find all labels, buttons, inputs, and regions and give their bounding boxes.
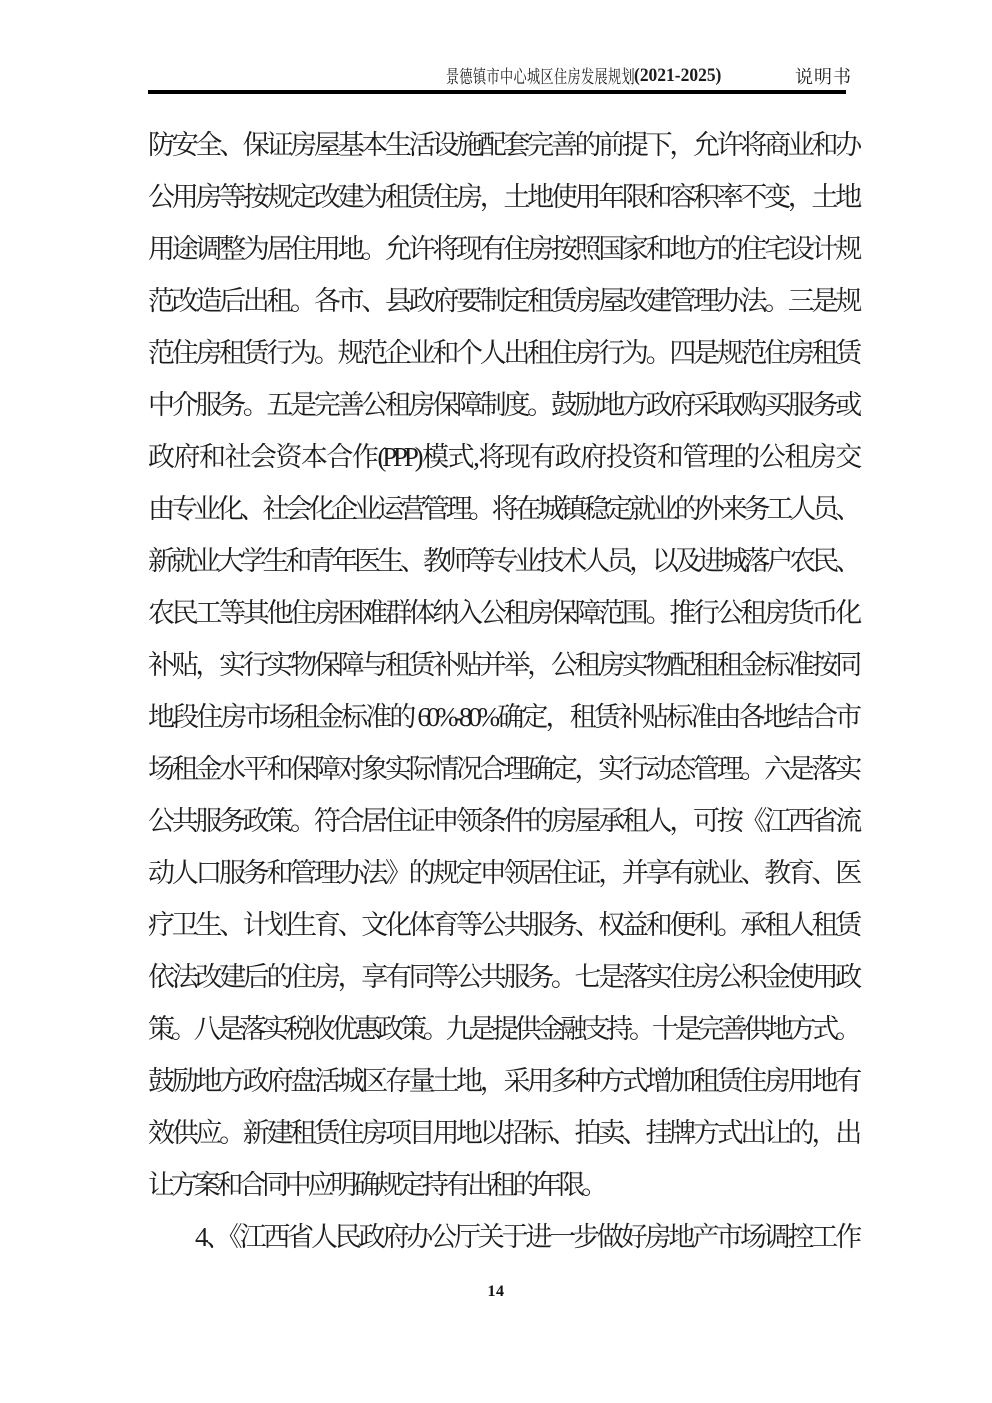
text-line: 动人口服务和管理办法》的规定申领居住证，并享有就业、教育、医 xyxy=(148,847,858,899)
text-line: 4、《江西省人民政府办公厅关于进一步做好房地产市场调控工作 xyxy=(148,1211,858,1263)
text-line: 用途调整为居住用地。允许将现有住房按照国家和地方的住宅设计规 xyxy=(148,223,858,275)
text-line: 策。八是落实税收优惠政策。九是提供金融支持。十是完善供地方式。 xyxy=(148,1003,858,1055)
text-line: 农民工等其他住房困难群体纳入公租房保障范围。推行公租房货币化 xyxy=(148,587,858,639)
header-doc-type: 说明书 xyxy=(795,66,852,88)
header-title: 景德镇市中心城区住房发展规划 xyxy=(446,66,635,88)
document-page: 景德镇市中心城区住房发展规划 (2021-2025) 说明书 防安全、保证房屋基… xyxy=(0,0,992,1403)
text-line: 效供应。新建租赁住房项目用地以招标、拍卖、挂牌方式出让的，出 xyxy=(148,1107,858,1159)
text-line: 地段住房市场租金标准的 60%-80%确定，租赁补贴标准由各地结合市 xyxy=(148,691,858,743)
text-line: 防安全、保证房屋基本生活设施配套完善的前提下，允许将商业和办 xyxy=(148,119,858,171)
text-line: 由专业化、社会化企业运营管理。将在城镇稳定就业的外来务工人员、 xyxy=(148,483,858,535)
text-line: 中介服务。五是完善公租房保障制度。鼓励地方政府采取购买服务或 xyxy=(148,379,858,431)
text-line: 范住房租赁行为。规范企业和个人出租住房行为。四是规范住房租赁 xyxy=(148,327,858,379)
page-number: 14 xyxy=(0,1283,992,1301)
text-line: 公共服务政策。符合居住证申领条件的房屋承租人，可按《江西省流 xyxy=(148,795,858,847)
text-line: 范改造后出租。各市、县政府要制定租赁房屋改建管理办法。三是规 xyxy=(148,275,858,327)
text-line: 补贴，实行实物保障与租赁补贴并举，公租房实物配租租金标准按同 xyxy=(148,639,858,691)
header-title-years: (2021-2025) xyxy=(634,65,721,87)
text-line: 公用房等按规定改建为租赁住房，土地使用年限和容积率不变，土地 xyxy=(148,171,858,223)
text-line: 新就业大学生和青年医生、教师等专业技术人员，以及进城落户农民、 xyxy=(148,535,858,587)
text-line: 鼓励地方政府盘活城区存量土地，采用多种方式增加租赁住房用地有 xyxy=(148,1055,858,1107)
text-line: 场租金水平和保障对象实际情况合理确定，实行动态管理。六是落实 xyxy=(148,743,858,795)
body-text: 防安全、保证房屋基本生活设施配套完善的前提下，允许将商业和办公用房等按规定改建为… xyxy=(148,119,858,1263)
header-rule xyxy=(148,90,846,94)
text-line: 政府和社会资本合作(PPP)模式,将现有政府投资和管理的公租房交 xyxy=(148,431,858,483)
text-line: 依法改建后的住房，享有同等公共服务。七是落实住房公积金使用政 xyxy=(148,951,858,1003)
text-line: 疗卫生、计划生育、文化体育等公共服务、权益和便利。承租人租赁 xyxy=(148,899,858,951)
text-line: 让方案和合同中应明确规定持有出租的年限。 xyxy=(148,1159,858,1211)
